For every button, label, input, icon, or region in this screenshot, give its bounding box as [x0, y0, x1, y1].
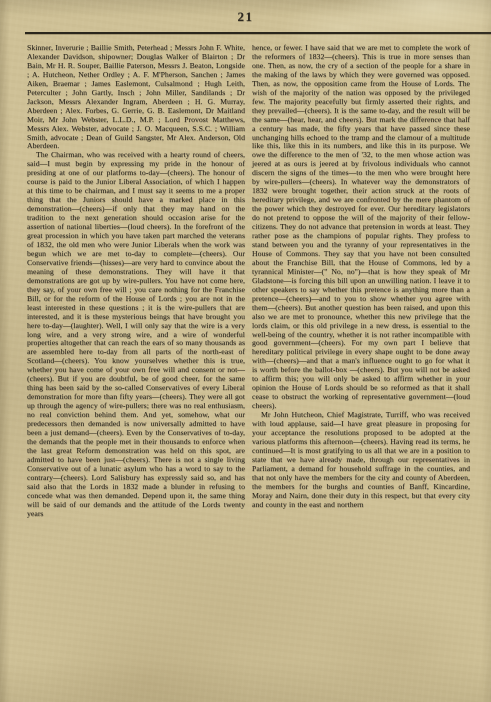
paragraph-hutcheon-speech: Mr John Hutcheon, Chief Magistrate, Turr…: [252, 411, 470, 509]
paragraph-attendee-list: Skinner, Inverurie ; Baillie Smith, Pete…: [27, 44, 245, 151]
text-column-right: hence, or fewer. I have said that we are…: [252, 44, 470, 519]
text-columns: Skinner, Inverurie ; Baillie Smith, Pete…: [27, 44, 470, 519]
scanned-document-page: 21 Skinner, Inverurie ; Baillie Smith, P…: [0, 0, 491, 702]
header-rule: [25, 32, 491, 34]
page-number: 21: [0, 9, 491, 25]
paragraph-speech-continuation: hence, or fewer. I have said that we are…: [252, 44, 470, 411]
paragraph-chairman-speech: The Chairman, who was received with a he…: [27, 151, 245, 518]
text-column-left: Skinner, Inverurie ; Baillie Smith, Pete…: [27, 44, 245, 519]
